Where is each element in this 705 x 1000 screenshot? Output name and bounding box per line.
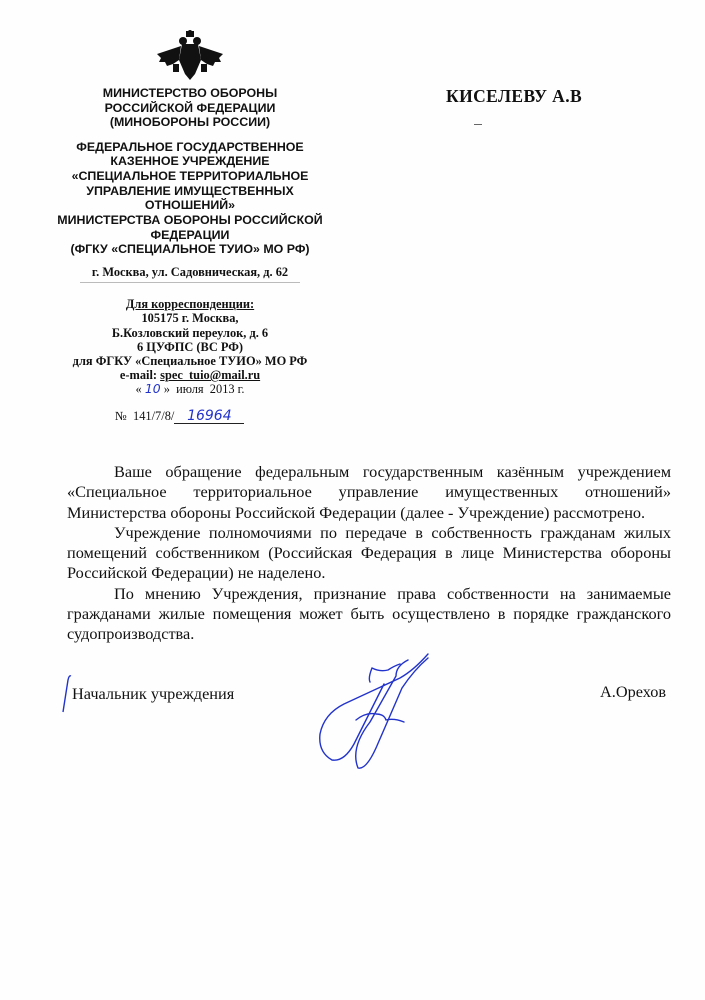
correspondence-line: Б.Козловский переулок, д. 6 — [40, 326, 340, 340]
email-link[interactable]: spec_tuio@mail.ru — [160, 368, 260, 382]
addressee-name: КИСЕЛЕВУ А.В — [446, 86, 582, 107]
signatory-name: А.Орехов — [600, 682, 666, 702]
letterhead: МИНИСТЕРСТВО ОБОРОНЫ РОССИЙСКОЙ ФЕДЕРАЦИ… — [40, 30, 340, 424]
correspondence-heading: Для корреспонденции: — [40, 297, 340, 311]
signatory-title: Начальник учреждения — [72, 684, 234, 704]
correspondence-line: для ФГКУ «Специальное ТУИО» МО РФ — [40, 354, 340, 368]
organization-line: ФЕДЕРАЛЬНОЕ ГОСУДАРСТВЕННОЕ — [40, 140, 340, 155]
date-year: 2013 г. — [210, 382, 245, 396]
organization-line: ОТНОШЕНИЙ» — [40, 198, 340, 213]
organization-name: ФЕДЕРАЛЬНОЕ ГОСУДАРСТВЕННОЕ КАЗЕННОЕ УЧР… — [40, 140, 340, 258]
body-paragraph: Ваше обращение федеральным государственн… — [67, 462, 671, 523]
ministry-line: (МИНОБОРОНЫ РОССИИ) — [40, 115, 340, 130]
organization-address: г. Москва, ул. Садовническая, д. 62 — [80, 265, 300, 283]
date-close-quote: » — [164, 382, 170, 396]
organization-line: МИНИСТЕРСТВА ОБОРОНЫ РОССИЙСКОЙ — [40, 213, 340, 228]
organization-line: УПРАВЛЕНИЕ ИМУЩЕСТВЕННЫХ — [40, 184, 340, 199]
handwritten-signature-icon — [310, 648, 445, 773]
registration-prefix: 141/7/8/ — [133, 409, 174, 423]
date-month: июля — [176, 382, 203, 396]
double-headed-eagle-emblem-icon — [155, 30, 225, 82]
ministry-line: МИНИСТЕРСТВО ОБОРОНЫ — [40, 86, 340, 101]
letter-date: « 10 » июля 2013 г. — [40, 382, 340, 396]
correspondence-block: Для корреспонденции: 105175 г. Москва, Б… — [40, 297, 340, 423]
body-paragraph: Учреждение полномочиями по передаче в со… — [67, 523, 671, 584]
registration-number-handwritten: 16964 — [174, 409, 244, 424]
body-paragraph: По мнению Учреждения, признание права со… — [67, 584, 671, 645]
date-open-quote: « — [136, 382, 142, 396]
organization-line: ФЕДЕРАЦИИ — [40, 228, 340, 243]
registration-label: № — [115, 409, 127, 423]
organization-line: (ФГКУ «СПЕЦИАЛЬНОЕ ТУИО» МО РФ) — [40, 242, 340, 257]
correspondence-line: 105175 г. Москва, — [40, 311, 340, 325]
email-label: e-mail: — [120, 368, 157, 382]
ministry-line: РОССИЙСКОЙ ФЕДЕРАЦИИ — [40, 101, 340, 116]
date-day-handwritten: 10 — [145, 381, 161, 396]
organization-line: «СПЕЦИАЛЬНОЕ ТЕРРИТОРИАЛЬНОЕ — [40, 169, 340, 184]
correspondence-line: 6 ЦУФПС (ВС РФ) — [40, 340, 340, 354]
letter-body: Ваше обращение федеральным государственн… — [67, 462, 671, 645]
organization-line: КАЗЕННОЕ УЧРЕЖДЕНИЕ — [40, 154, 340, 169]
registration-number: № 141/7/8/16964 — [40, 409, 340, 424]
letter-page: МИНИСТЕРСТВО ОБОРОНЫ РОССИЙСКОЙ ФЕДЕРАЦИ… — [0, 0, 705, 1000]
addressee-mark — [474, 124, 482, 125]
email-line: e-mail: spec_tuio@mail.ru — [40, 368, 340, 382]
ministry-name: МИНИСТЕРСТВО ОБОРОНЫ РОССИЙСКОЙ ФЕДЕРАЦИ… — [40, 86, 340, 130]
